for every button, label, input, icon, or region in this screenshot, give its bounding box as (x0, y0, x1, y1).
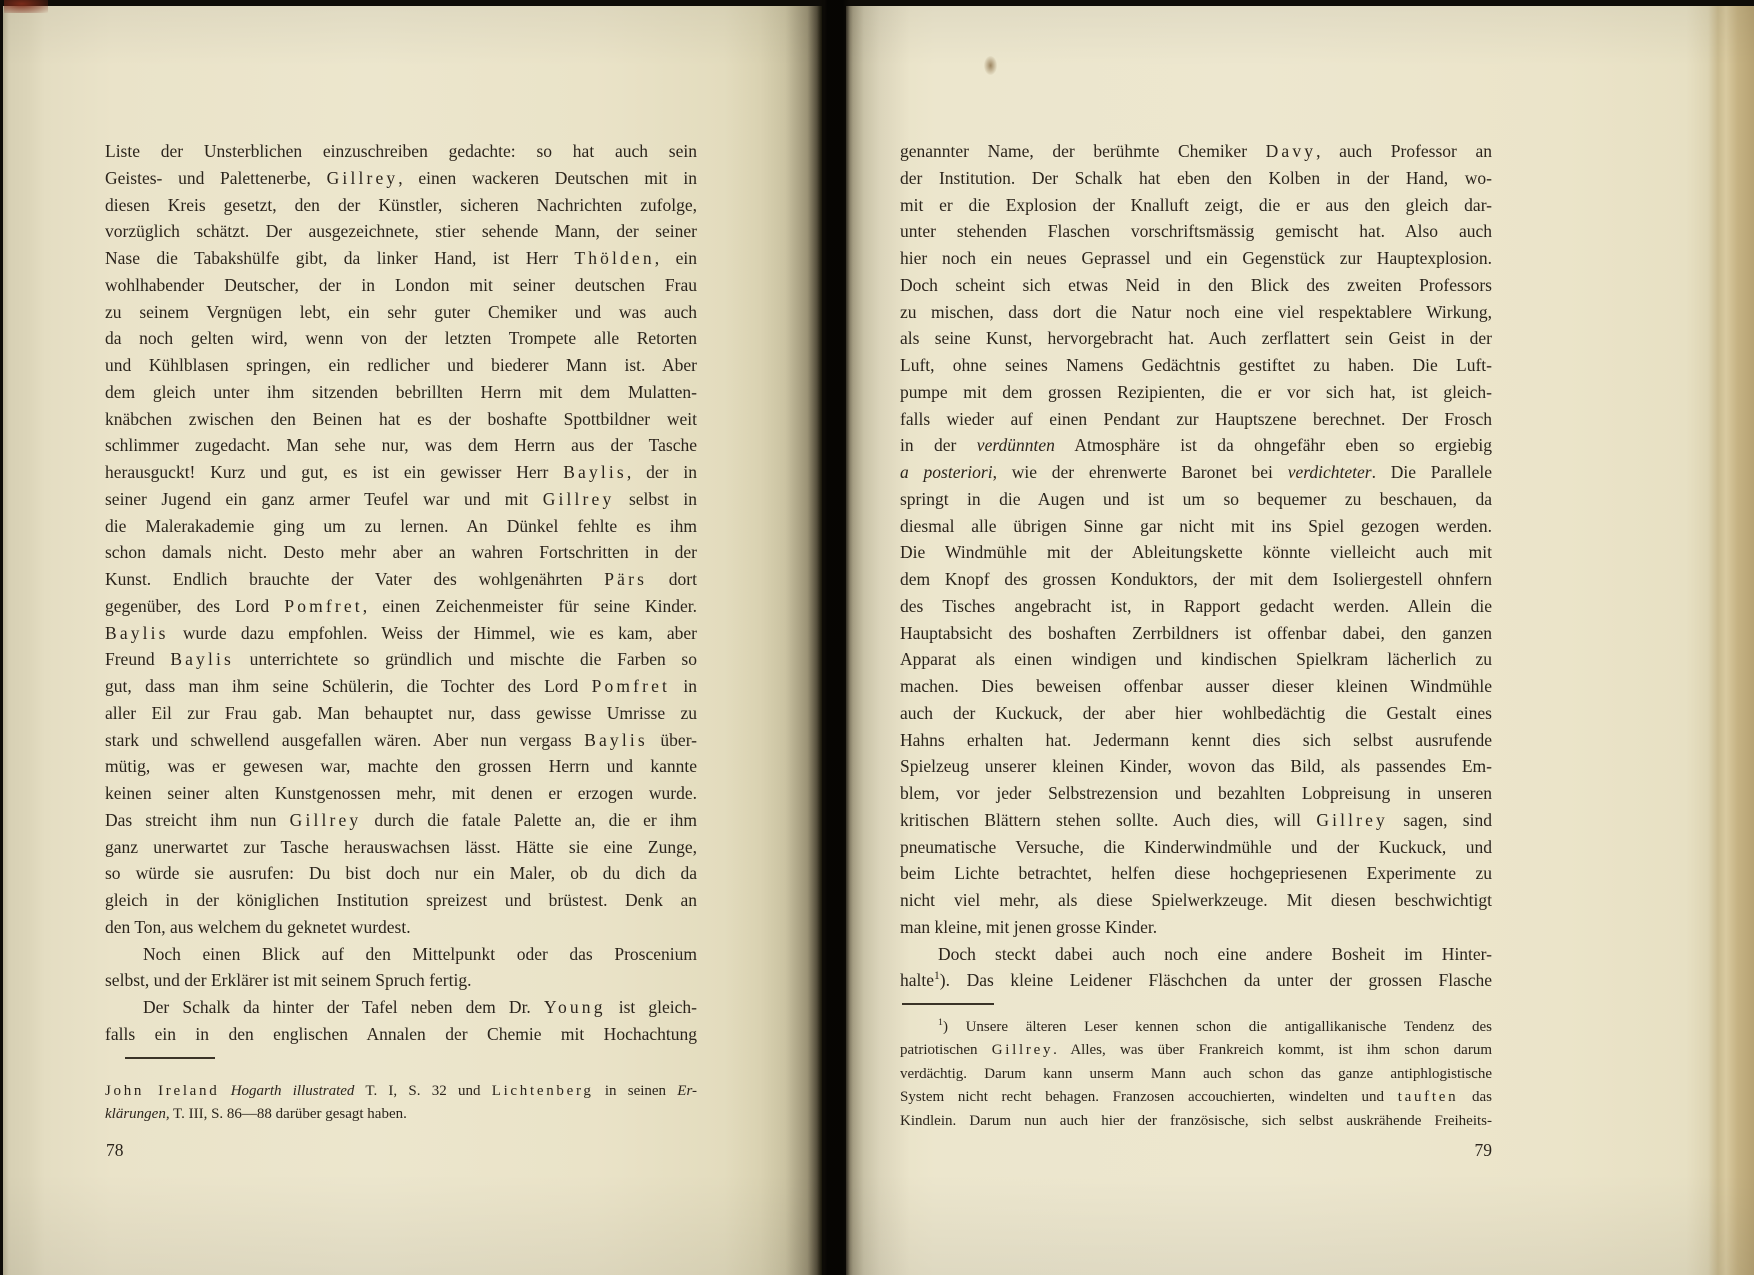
text-line: seiner Jugend ein ganz armer Teufel war … (105, 486, 697, 513)
text-line: Der Schalk da hinter der Tafel neben dem… (105, 994, 697, 1021)
text-line: in der verdünnten Atmosphäre ist da ohng… (900, 432, 1492, 459)
text-line: vorzüglich schätzt. Der ausgezeichnete, … (105, 218, 697, 245)
text-line: springt in die Augen und ist um so beque… (900, 486, 1492, 513)
text-line: keinen seiner alten Kunstgenossen mehr, … (105, 780, 697, 807)
text-line: als seine Kunst, hervorgebracht hat. Auc… (900, 325, 1492, 352)
text-line: Das streicht ihm nun Gillrey durch die f… (105, 807, 697, 834)
text-line: a posteriori, wie der ehrenwerte Baronet… (900, 459, 1492, 486)
text-line: Freund Baylis unterrichtete so gründlich… (105, 646, 697, 673)
text-line: hier noch ein neues Geprassel und ein Ge… (900, 245, 1492, 272)
page-79-number: 79 (900, 1140, 1492, 1161)
text-line: mit er die Explosion der Knalluft zeigt,… (900, 192, 1492, 219)
text-line: nicht viel mehr, als diese Spielwerkzeug… (900, 887, 1492, 914)
page-79-footnote-rule (902, 1003, 994, 1005)
text-line: Baylis wurde dazu empfohlen. Weiss der H… (105, 620, 697, 647)
text-line: genannter Name, der berühmte Chemiker Da… (900, 138, 1492, 165)
text-line: Hauptabsicht des boshaften Zerrbildners … (900, 620, 1492, 647)
text-line: Kindlein. Darum nun auch hier der franzö… (900, 1110, 1492, 1133)
fox-spot-right-page (984, 56, 997, 75)
text-line: machen. Dies beweisen offenbar ausser di… (900, 673, 1492, 700)
text-line: und Kühlblasen springen, ein redlicher u… (105, 352, 697, 379)
text-line: aller Eil zur Frau gab. Man behauptet nu… (105, 700, 697, 727)
text-line: halte1). Das kleine Leidener Fläschchen … (900, 967, 1492, 994)
page-79-body-text: genannter Name, der berühmte Chemiker Da… (900, 138, 1492, 994)
text-line: Spielzeug unserer kleinen Kinder, wovon … (900, 753, 1492, 780)
text-line: Liste der Unsterblichen einzuschreiben g… (105, 138, 697, 165)
text-line: patriotischen Gillrey. Alles, was über F… (900, 1039, 1492, 1062)
text-line: gut, dass man ihm seine Schülerin, die T… (105, 673, 697, 700)
text-line: so würde sie ausrufen: Du bist doch nur … (105, 860, 697, 887)
text-line: schlimmer zugedacht. Man sehe nur, was d… (105, 432, 697, 459)
text-line: schon damals nicht. Desto mehr aber an w… (105, 539, 697, 566)
text-line: ganz unerwartet zur Tasche herauswachsen… (105, 834, 697, 861)
text-line: da noch gelten wird, wenn von der letzte… (105, 325, 697, 352)
text-line: Noch einen Blick auf den Mittelpunkt ode… (105, 941, 697, 968)
text-line: Geistes- und Palettenerbe, Gillrey, eine… (105, 165, 697, 192)
text-line: Kunst. Endlich brauchte der Vater des wo… (105, 566, 697, 593)
text-line: verdächtig. Darum kann unserm Mann auch … (900, 1063, 1492, 1086)
text-line: selbst, und der Erklärer ist mit seinem … (105, 967, 697, 994)
text-line: pneumatische Versuche, die Kinderwindmüh… (900, 834, 1492, 861)
text-line: der Institution. Der Schalk hat eben den… (900, 165, 1492, 192)
text-line: wohlhabender Deutscher, der in London mi… (105, 272, 697, 299)
text-line: klärungen, T. III, S. 86—88 darüber gesa… (105, 1103, 697, 1126)
book-scan: Liste der Unsterblichen einzuschreiben g… (0, 0, 1754, 1275)
text-line: zu mischen, dass dort die Natur noch ein… (900, 299, 1492, 326)
text-line: falls ein in den englischen Annalen der … (105, 1021, 697, 1048)
text-line: auch der Kuckuck, der aber hier wohlbedä… (900, 700, 1492, 727)
text-line: John Ireland Hogarth illustrated T. I, S… (105, 1080, 697, 1103)
text-line: Doch steckt dabei auch noch eine andere … (900, 941, 1492, 968)
text-line: den Ton, aus welchem du geknetet wurdest… (105, 914, 697, 941)
text-line: Nase die Tabakshülfe gibt, da linker Han… (105, 245, 697, 272)
ink-stain-top-left (4, 0, 48, 13)
text-line: diesen Kreis gesetzt, den der Künstler, … (105, 192, 697, 219)
text-line: zu seinem Vergnügen lebt, ein sehr guter… (105, 299, 697, 326)
text-line: kritischen Blättern stehen sollte. Auch … (900, 807, 1492, 834)
text-line: Apparat als einen windigen und kindische… (900, 646, 1492, 673)
text-line: stark und schwellend ausgefallen wären. … (105, 727, 697, 754)
text-line: blem, vor jeder Selbstrezension und beza… (900, 780, 1492, 807)
text-line: beim Lichte betrachtet, helfen diese hoc… (900, 860, 1492, 887)
text-line: gegenüber, des Lord Pomfret, einen Zeich… (105, 593, 697, 620)
text-line: Hahns erhalten hat. Jedermann kennt dies… (900, 727, 1492, 754)
text-line: 1) Unsere älteren Leser kennen schon die… (900, 1016, 1492, 1039)
page-79-footnote: 1) Unsere älteren Leser kennen schon die… (900, 1016, 1492, 1133)
text-line: dem gleich unter ihm sitzenden bebrillte… (105, 379, 697, 406)
text-line: knäbchen zwischen den Beinen hat es der … (105, 406, 697, 433)
text-line: Luft, ohne seines Namens Gedächtnis gest… (900, 352, 1492, 379)
text-line: gleich in der königlichen Institution sp… (105, 887, 697, 914)
text-line: unter stehenden Flaschen vorschriftsmäss… (900, 218, 1492, 245)
text-line: man kleine, mit jenen grosse Kinder. (900, 914, 1492, 941)
text-line: dem Knopf des grossen Konduktors, der mi… (900, 566, 1492, 593)
text-line: mütig, was er gewesen war, machte den gr… (105, 753, 697, 780)
text-line: falls wieder auf einen Pendant zur Haupt… (900, 406, 1492, 433)
page-78-footnote: John Ireland Hogarth illustrated T. I, S… (105, 1080, 697, 1127)
text-line: Doch scheint sich etwas Neid in den Blic… (900, 272, 1492, 299)
text-line: Die Windmühle mit der Ableitungskette kö… (900, 539, 1492, 566)
text-line: herausguckt! Kurz und gut, es ist ein ge… (105, 459, 697, 486)
text-line: die Malerakademie ging um zu lernen. An … (105, 513, 697, 540)
text-line: pumpe mit dem grossen Rezipienten, die e… (900, 379, 1492, 406)
page-78-footnote-rule (125, 1057, 215, 1059)
text-line: des Tisches angebracht ist, in Rapport g… (900, 593, 1492, 620)
text-line: System nicht recht behagen. Franzosen ac… (900, 1086, 1492, 1109)
text-line: diesmal alle übrigen Sinne gar nicht mit… (900, 513, 1492, 540)
page-78-body-text: Liste der Unsterblichen einzuschreiben g… (105, 138, 697, 1048)
page-78-number: 78 (106, 1140, 124, 1161)
